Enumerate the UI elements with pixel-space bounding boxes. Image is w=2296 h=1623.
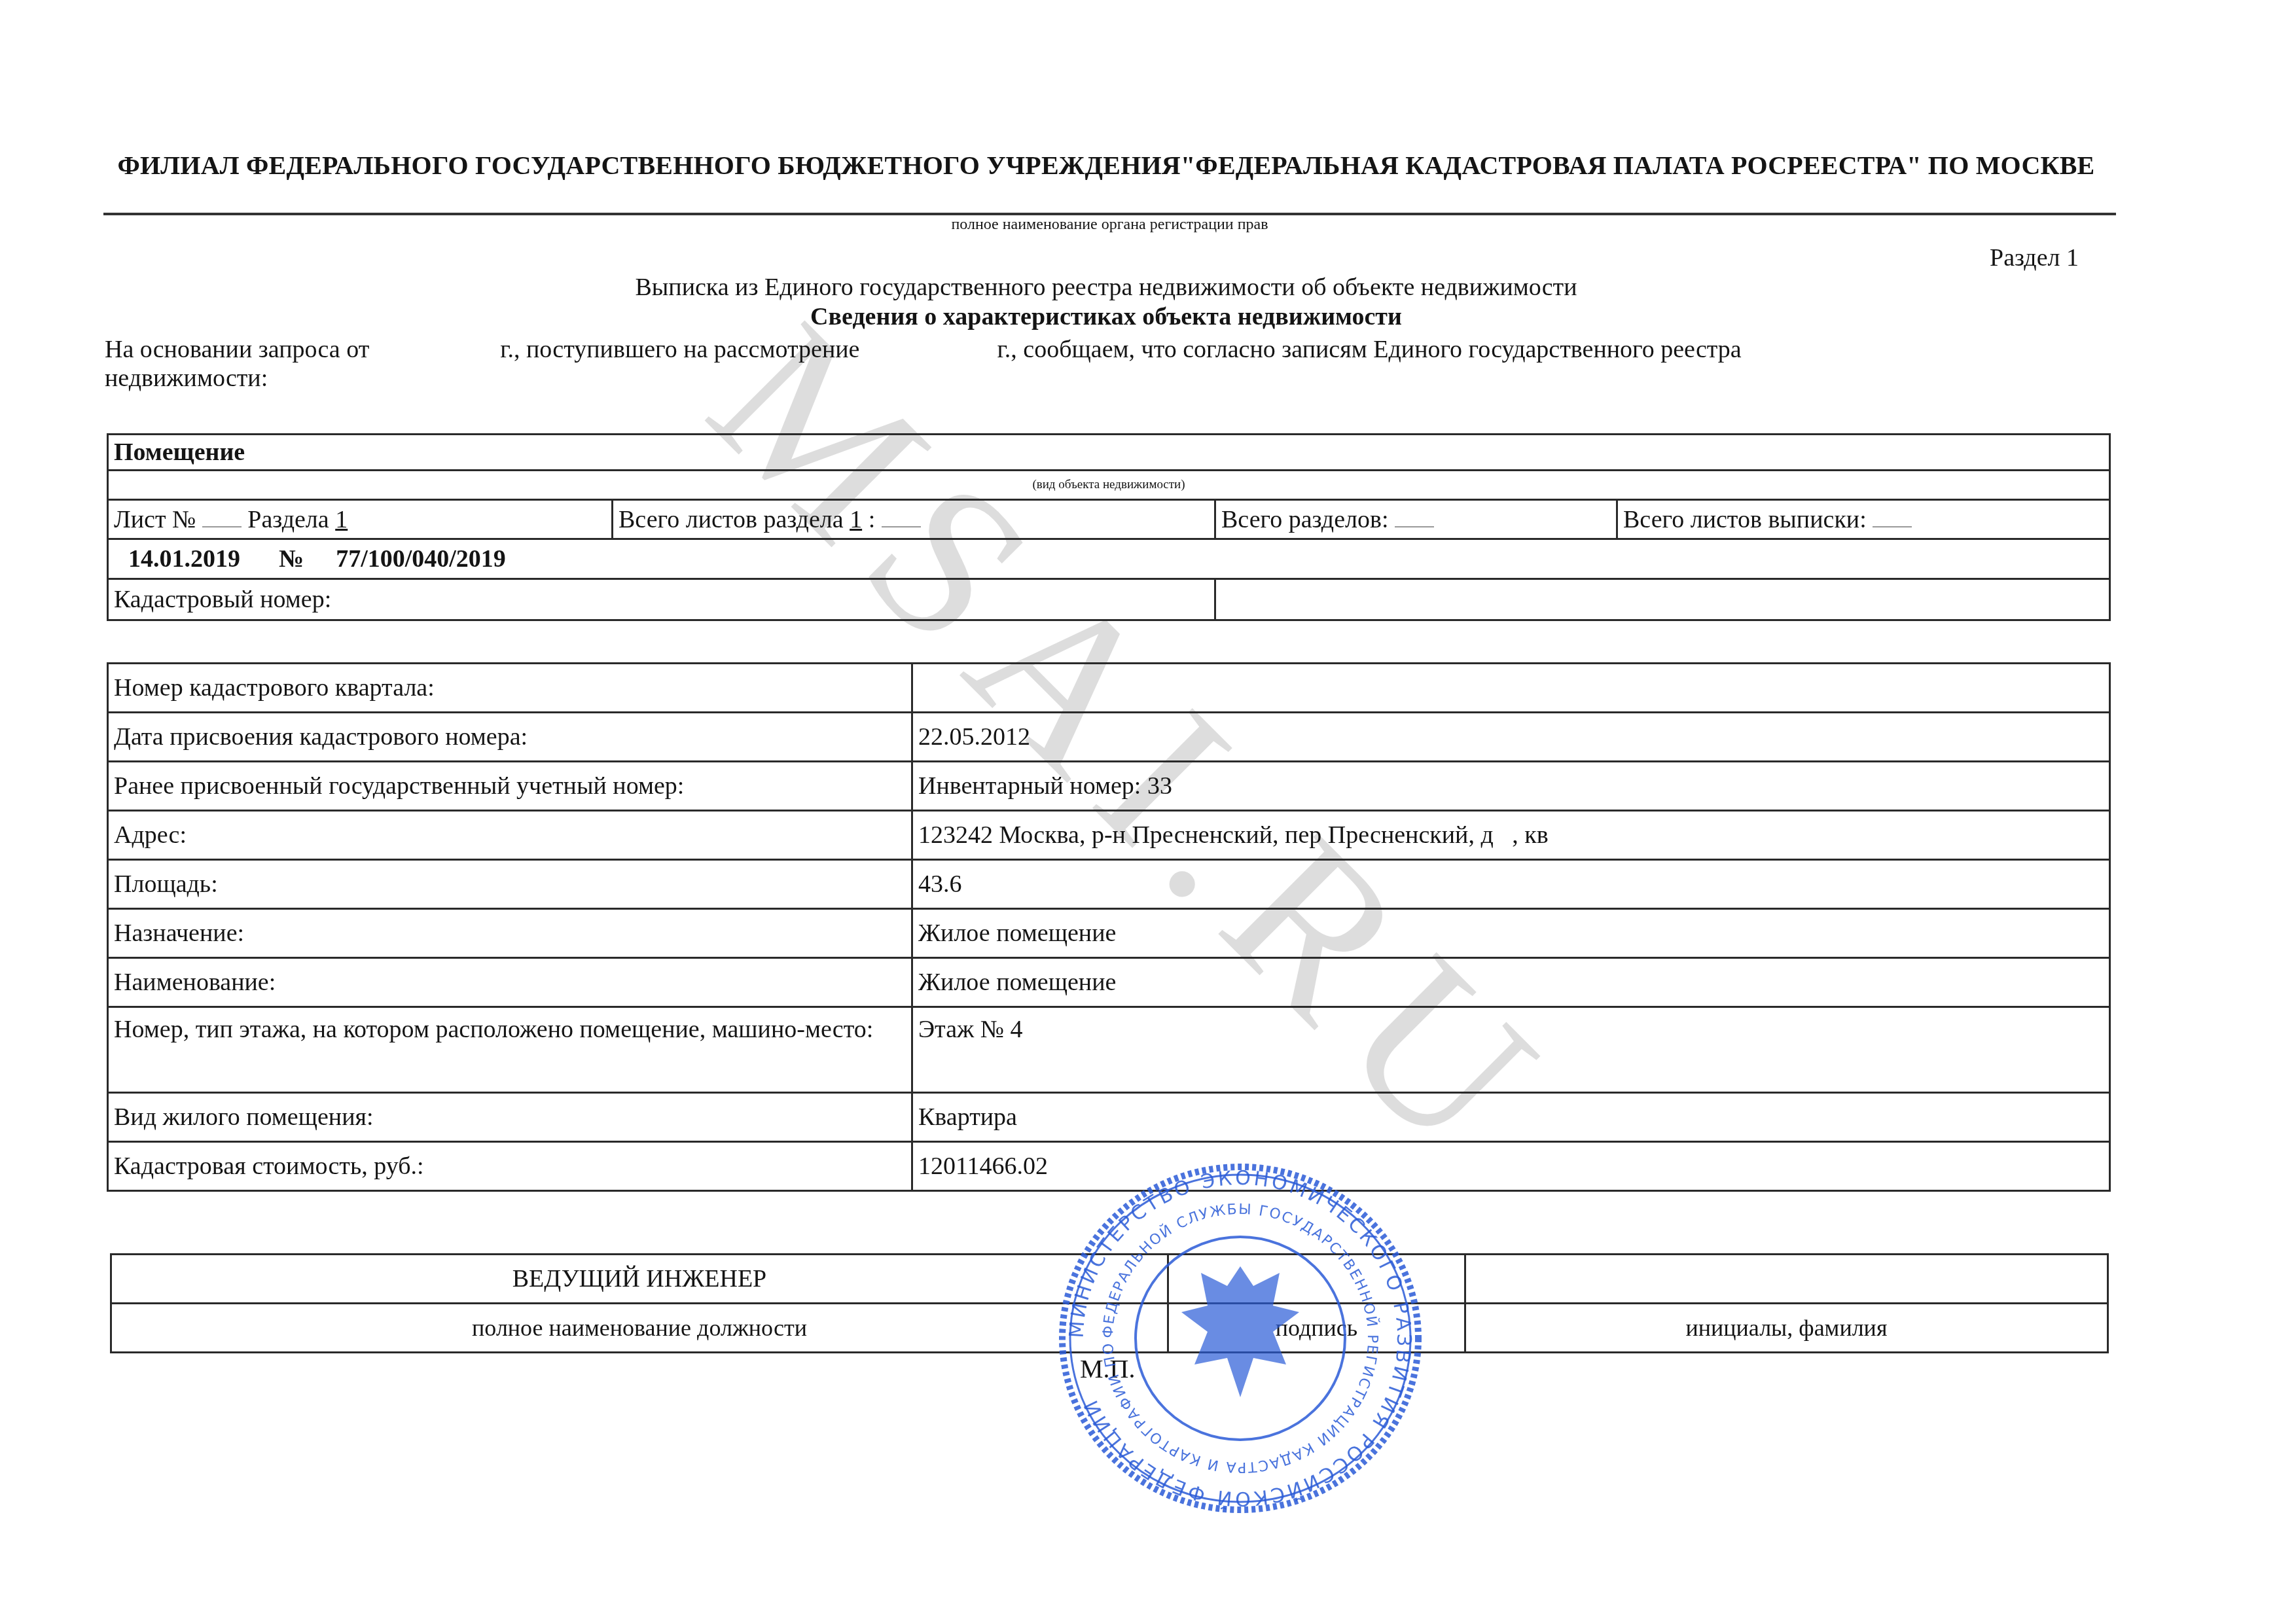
cadastral-number-value [1215, 579, 2110, 620]
object-type-caption: (вид объекта недвижимости) [108, 471, 2110, 500]
table-row: Вид жилого помещения:Квартира [108, 1093, 2110, 1142]
position-caption: полное наименование должности [111, 1304, 1168, 1353]
position-title: ВЕДУЩИЙ ИНЖЕНЕР [111, 1255, 1168, 1304]
table-row: Дата присвоения кадастрового номера:22.0… [108, 713, 2110, 762]
registration-date: 14.01.2019 [128, 545, 240, 573]
registration-number: 77/100/040/2019 [336, 545, 506, 573]
section-number: 1 [335, 506, 348, 533]
table-row: Площадь:43.6 [108, 860, 2110, 909]
characteristics-table: Номер кадастрового квартала: Дата присво… [107, 662, 2111, 1192]
name-caption: инициалы, фамилия [1465, 1304, 2108, 1353]
total-sheets-section-cell: Всего листов раздела 1 : [613, 500, 1215, 539]
name-field [1465, 1255, 2108, 1304]
sheet-number-blank [202, 507, 242, 527]
organization-underline [103, 213, 2116, 215]
official-stamp-icon: МИНИСТЕРСТВО ЭКОНОМИЧЕСКОГО РАЗВИТИЯ РОС… [1057, 1162, 1424, 1515]
sheet-number-cell: Лист № Раздела 1 [108, 500, 613, 539]
object-type: Помещение [108, 435, 2110, 471]
document-title: Выписка из Единого государственного реес… [98, 273, 2114, 302]
basis-statement-continued: недвижимости: [105, 364, 268, 393]
table-row: Адрес:123242 Москва, р-н Пресненский, пе… [108, 811, 2110, 860]
table-row: Ранее присвоенный государственный учетны… [108, 762, 2110, 811]
table-row: Номер, тип этажа, на котором расположено… [108, 1007, 2110, 1093]
total-sheets-extract-cell: Всего листов выписки: [1617, 500, 2110, 539]
table-row: Назначение:Жилое помещение [108, 909, 2110, 958]
section-label: Раздел 1 [1990, 243, 2079, 272]
basis-statement: На основании запроса отг., поступившего … [105, 335, 1742, 364]
total-sections-cell: Всего разделов: [1215, 500, 1617, 539]
table-row: Наименование:Жилое помещение [108, 958, 2110, 1007]
table-row: Номер кадастрового квартала: [108, 664, 2110, 713]
organization-name: ФИЛИАЛ ФЕДЕРАЛЬНОГО ГОСУДАРСТВЕННОГО БЮД… [98, 149, 2114, 182]
organization-caption: полное наименование органа регистрации п… [103, 216, 2116, 234]
object-info-table: Помещение (вид объекта недвижимости) Лис… [107, 433, 2111, 621]
document-subtitle: Сведения о характеристиках объекта недви… [98, 302, 2114, 331]
registration-date-number: 14.01.2019 № 77/100/040/2019 [108, 539, 2110, 579]
cadastral-number-label: Кадастровый номер: [108, 579, 1215, 620]
